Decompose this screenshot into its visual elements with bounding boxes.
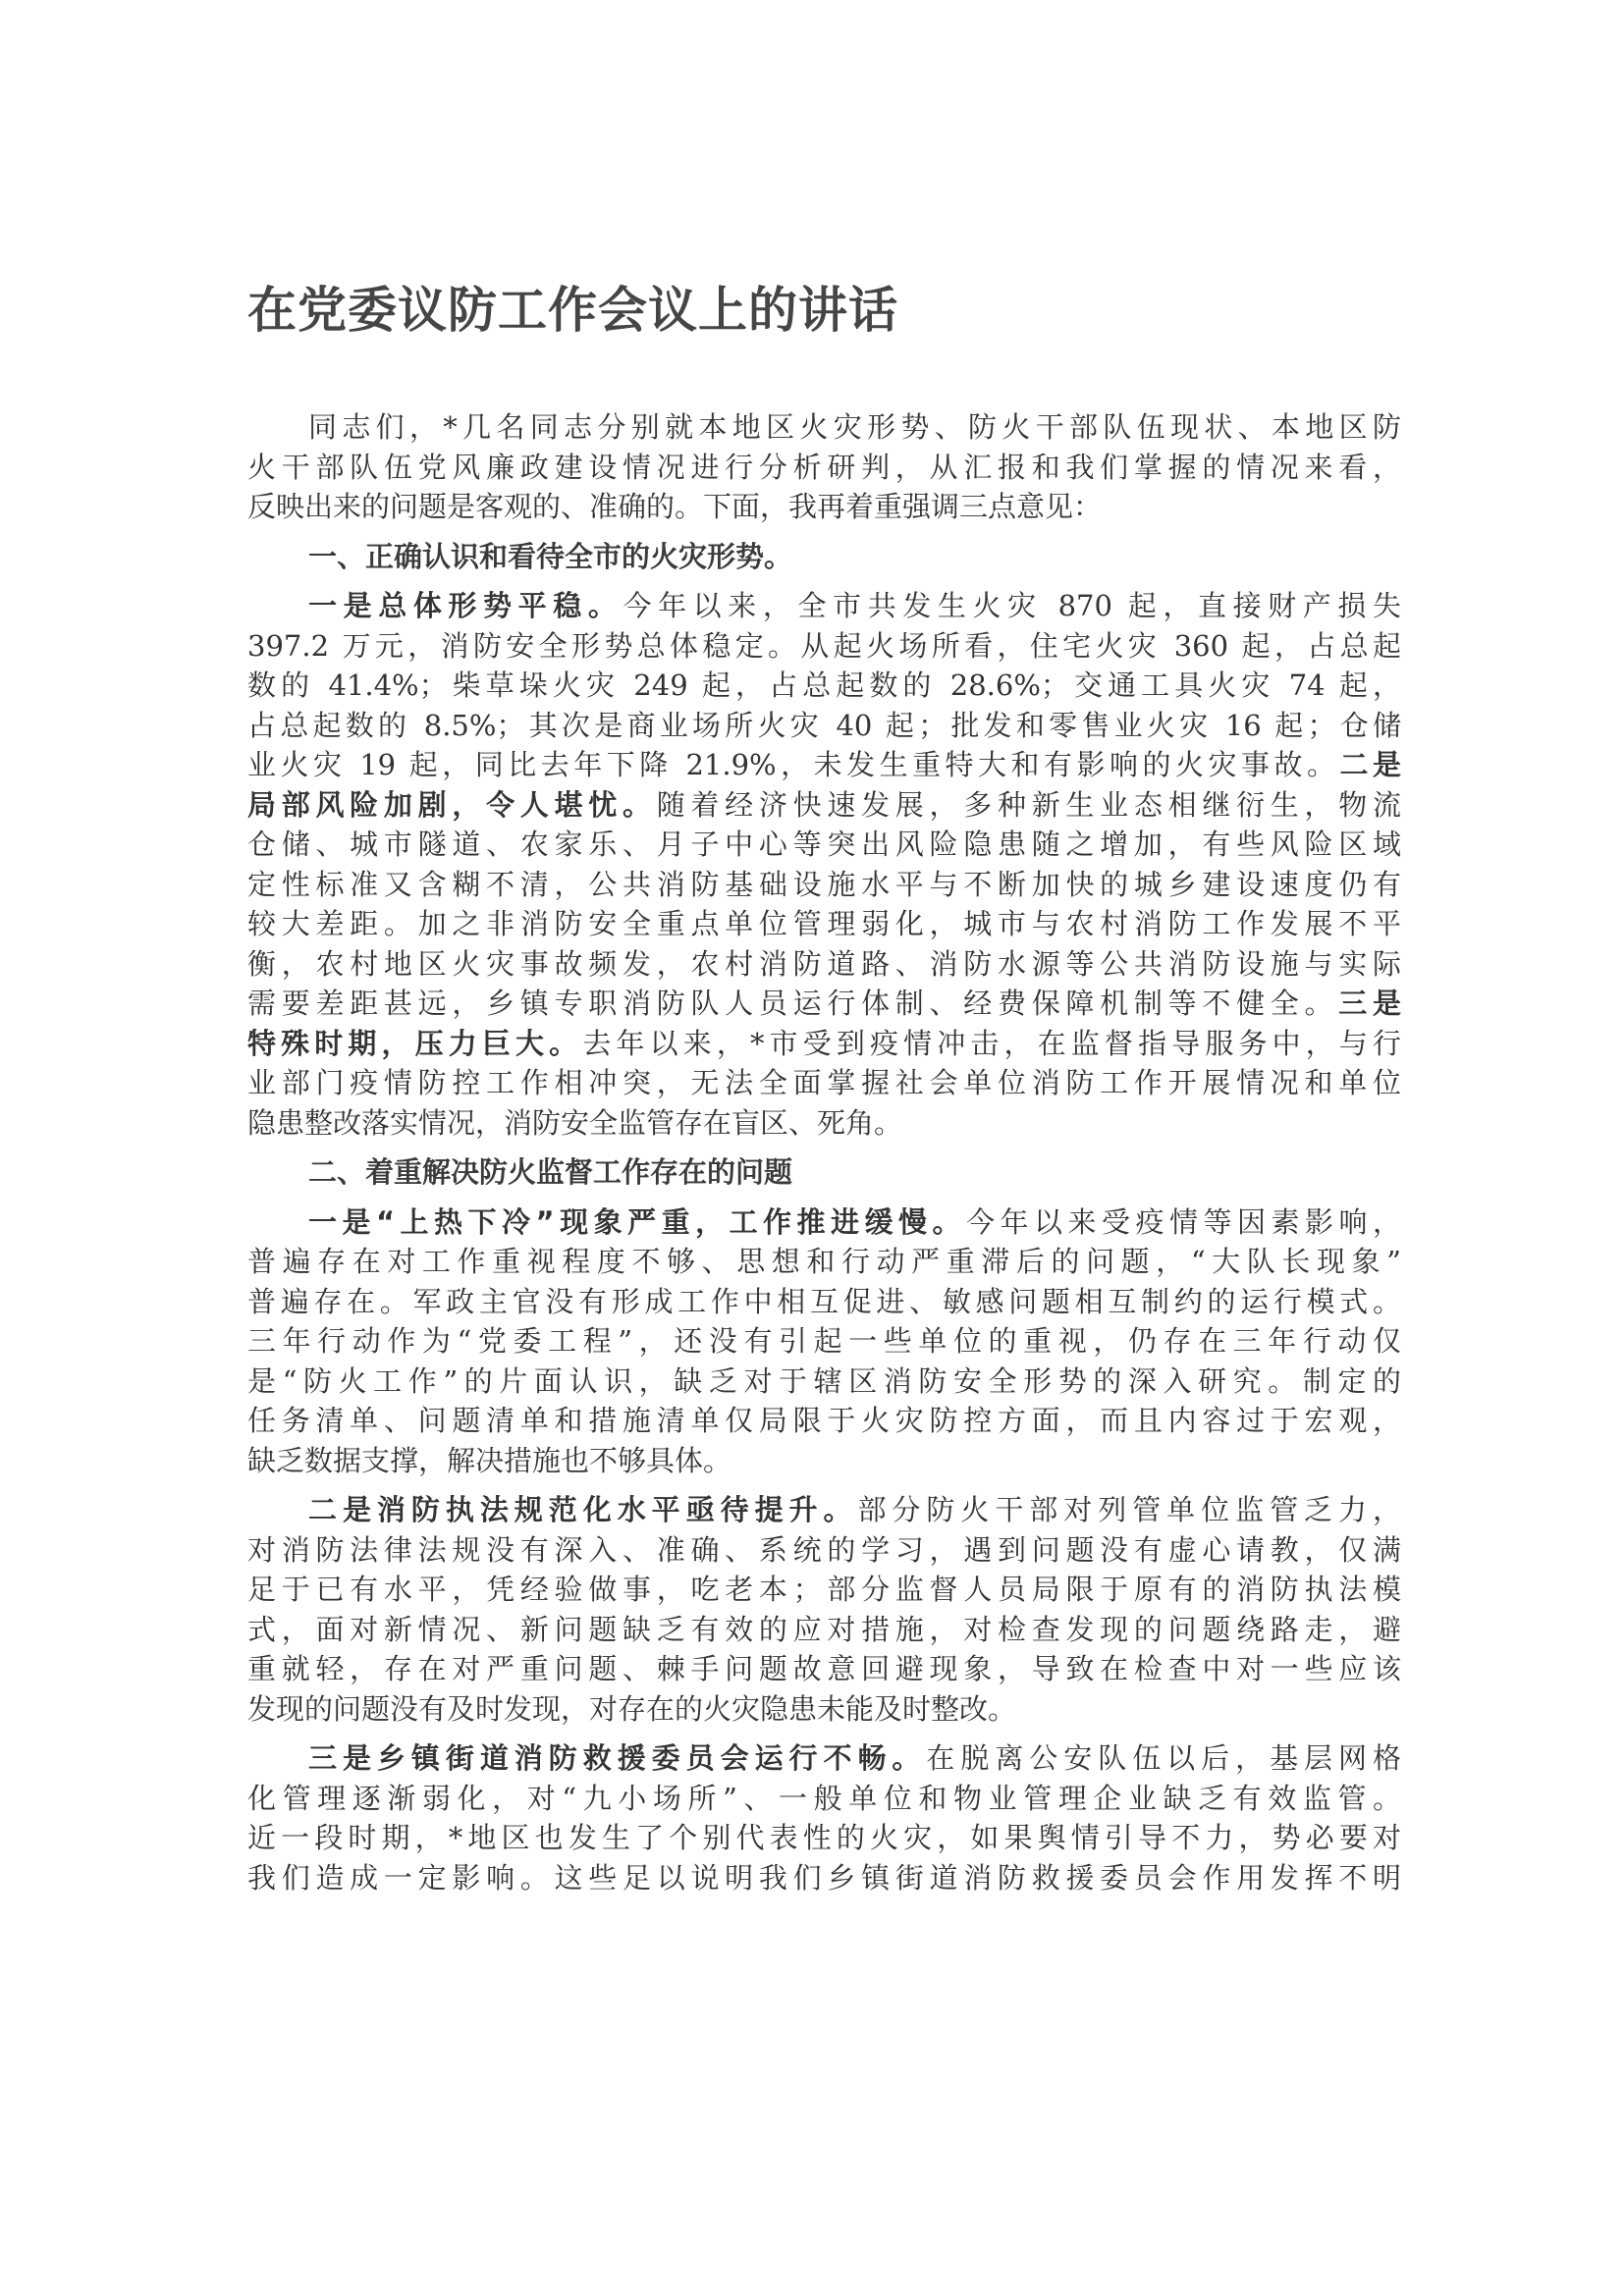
text-line: 同志们，*几名同志分别就本地区火灾形势、防火干部队伍现状、本地区防: [247, 407, 1401, 448]
section-heading-2: 二、着重解决防火监督工作存在的问题: [247, 1152, 1401, 1193]
text-line: 一是“上热下冷”现象严重，工作推进缓慢。今年以来受疫情等因素影响，: [247, 1202, 1401, 1243]
text-line: 数的 41.4%；柴草垛火灾 249 起，占总起数的 28.6%；交通工具火灾 …: [247, 666, 1401, 706]
text-line: 缺乏数据支撑，解决措施也不够具体。: [247, 1441, 1401, 1481]
heading-text: 一、正确认识和看待全市的火灾形势。: [247, 537, 1401, 577]
text-line: 业火灾 19 起，同比去年下降 21.9%，未发生重特大和有影响的火灾事故。二是: [247, 745, 1401, 785]
bold-lead: 二是消防执法规范化水平亟待提升。: [308, 1493, 857, 1526]
bold-lead: 一是“上热下冷”现象严重，工作推进缓慢。: [308, 1205, 966, 1239]
text-line: 衡，农村地区火灾事故频发，农村消防道路、消防水源等公共消防设施与实际: [247, 944, 1401, 985]
bold-lead: 三是乡镇街道消防救援委员会运行不畅。: [308, 1741, 926, 1775]
section-1-paragraph: 一是总体形势平稳。今年以来，全市共发生火灾 870 起，直接财产损失 397.2…: [247, 586, 1401, 1143]
section-2-item-3: 三是乡镇街道消防救援委员会运行不畅。在脱离公安队伍以后，基层网格 化管理逐渐弱化…: [247, 1738, 1401, 1897]
text-line: 占总起数的 8.5%；其次是商业场所火灾 40 起；批发和零售业火灾 16 起；…: [247, 706, 1401, 746]
text-line: 近一段时期，*地区也发生了个别代表性的火灾，如果舆情引导不力，势必要对: [247, 1818, 1401, 1858]
text-line: 三年行动作为“党委工程”，还没有引起一些单位的重视，仍存在三年行动仅: [247, 1321, 1401, 1362]
text-line: 隐患整改落实情况，消防安全监管存在盲区、死角。: [247, 1103, 1401, 1144]
text-line: 发现的问题没有及时发现，对存在的火灾隐患未能及时整改。: [247, 1689, 1401, 1730]
bold-lead: 二是: [1340, 748, 1402, 781]
text-line: 局部风险加剧，令人堪忧。随着经济快速发展，多种新生业态相继衍生，物流: [247, 785, 1401, 826]
bold-lead: 三是: [1338, 987, 1401, 1020]
text-line: 反映出来的问题是客观的、准确的。下面，我再着重强调三点意见：: [247, 487, 1401, 527]
text-line: 重就轻，存在对严重问题、棘手问题故意回避现象，导致在检查中对一些应该: [247, 1649, 1401, 1689]
text-line: 对消防法律法规没有深入、准确、系统的学习，遇到问题没有虚心请教，仅满: [247, 1530, 1401, 1571]
bold-lead: 特殊时期，压力巨大。: [247, 1027, 582, 1060]
document-title: 在党委议防工作会议上的讲话: [247, 271, 898, 342]
text-line: 普遍存在。军政主官没有形成工作中相互促进、敏感问题相互制约的运行模式。: [247, 1282, 1401, 1322]
section-2-item-2: 二是消防执法规范化水平亟待提升。部分防火干部对列管单位监管乏力， 对消防法律法规…: [247, 1490, 1401, 1729]
text-line: 397.2 万元，消防安全形势总体稳定。从起火场所看，住宅火灾 360 起，占总…: [247, 626, 1401, 667]
heading-text: 二、着重解决防火监督工作存在的问题: [247, 1152, 1401, 1193]
document-body: 同志们，*几名同志分别就本地区火灾形势、防火干部队伍现状、本地区防 火干部队伍党…: [247, 407, 1401, 1907]
text-line: 是“防火工作”的片面认识，缺乏对于辖区消防安全形势的深入研究。制定的: [247, 1362, 1401, 1402]
text-line: 一是总体形势平稳。今年以来，全市共发生火灾 870 起，直接财产损失: [247, 586, 1401, 626]
text-line: 任务清单、问题清单和措施清单仅局限于火灾防控方面，而且内容过于宏观，: [247, 1401, 1401, 1441]
section-2-item-1: 一是“上热下冷”现象严重，工作推进缓慢。今年以来受疫情等因素影响， 普遍存在对工…: [247, 1202, 1401, 1481]
text-line: 特殊时期，压力巨大。去年以来，*市受到疫情冲击，在监督指导服务中，与行: [247, 1024, 1401, 1064]
text-line: 式，面对新情况、新问题缺乏有效的应对措施，对检查发现的问题绕路走，避: [247, 1610, 1401, 1650]
text-line: 我们造成一定影响。这些足以说明我们乡镇街道消防救援委员会作用发挥不明: [247, 1858, 1401, 1898]
bold-lead: 局部风险加剧，令人堪忧。: [247, 788, 657, 822]
text-line: 化管理逐渐弱化，对“九小场所”、一般单位和物业管理企业缺乏有效监管。: [247, 1779, 1401, 1819]
text-line: 足于已有水平，凭经验做事，吃老本；部分监督人员局限于原有的消防执法模: [247, 1570, 1401, 1610]
text-line: 仓储、城市隧道、农家乐、月子中心等突出风险隐患随之增加，有些风险区域: [247, 825, 1401, 865]
bold-lead: 一是总体形势平稳。: [308, 589, 623, 622]
text-line: 二是消防执法规范化水平亟待提升。部分防火干部对列管单位监管乏力，: [247, 1490, 1401, 1530]
section-heading-1: 一、正确认识和看待全市的火灾形势。: [247, 537, 1401, 577]
text-line: 火干部队伍党风廉政建设情况进行分析研判，从汇报和我们掌握的情况来看，: [247, 448, 1401, 488]
text-line: 业部门疫情防控工作相冲突，无法全面掌握社会单位消防工作开展情况和单位: [247, 1063, 1401, 1103]
text-line: 三是乡镇街道消防救援委员会运行不畅。在脱离公安队伍以后，基层网格: [247, 1738, 1401, 1779]
text-line: 普遍存在对工作重视程度不够、思想和行动严重滞后的问题，“大队长现象”: [247, 1242, 1401, 1282]
intro-paragraph: 同志们，*几名同志分别就本地区火灾形势、防火干部队伍现状、本地区防 火干部队伍党…: [247, 407, 1401, 527]
text-line: 较大差距。加之非消防安全重点单位管理弱化，城市与农村消防工作发展不平: [247, 904, 1401, 944]
text-line: 需要差距甚远，乡镇专职消防队人员运行体制、经费保障机制等不健全。三是: [247, 984, 1401, 1024]
text-line: 定性标准又含糊不清，公共消防基础设施水平与不断加快的城乡建设速度仍有: [247, 865, 1401, 905]
